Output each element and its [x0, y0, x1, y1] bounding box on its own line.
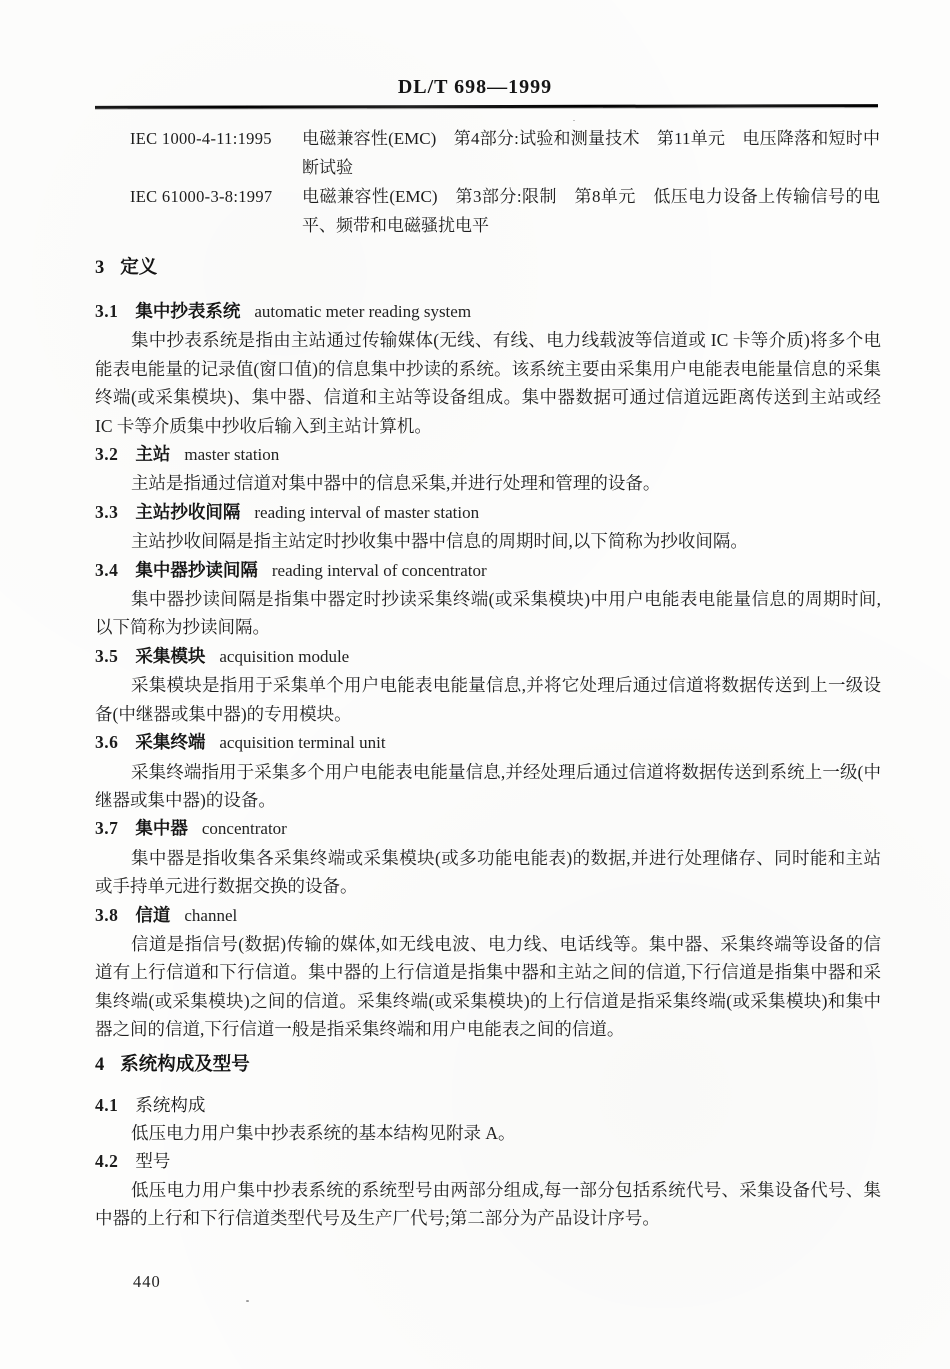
term-label: 集中抄表系统 [135, 301, 240, 321]
term-english: concentrator [202, 819, 287, 838]
term-english: acquisition module [219, 647, 349, 666]
section-number: 4 [95, 1055, 104, 1075]
document-body: 3定义 3.1集中抄表系统automatic meter reading sys… [95, 244, 881, 1233]
clause-paragraph: 主站抄收间隔是指主站定时抄收集中器中信息的周期时间,以下简称为抄收间隔。 [95, 527, 881, 555]
clause-number: 3.2 [95, 444, 118, 464]
reference-text: 电磁兼容性(EMC) 第4部分:试验和测量技术 第11单元 电压降落和短时中断试… [302, 124, 880, 182]
clause-paragraph: 采集模块是指用于采集单个用户电能表电能量信息,并将它处理后通过信道将数据传送到上… [95, 671, 881, 728]
clause-number: 3.3 [95, 502, 118, 522]
clause-number: 3.5 [95, 646, 118, 666]
clause-3-1: 3.1集中抄表系统automatic meter reading system … [95, 297, 881, 440]
term-label: 采集模块 [135, 646, 205, 666]
term-english: automatic meter reading system [254, 302, 471, 321]
clause-3-6: 3.6采集终端acquisition terminal unit 采集终端指用于… [95, 728, 881, 814]
section-title: 定义 [120, 258, 157, 278]
clause-paragraph: 信道是指信号(数据)传输的媒体,如无线电波、电力线、电话线等。集中器、采集终端等… [95, 930, 881, 1044]
term-english: channel [184, 906, 237, 925]
reference-item: IEC 1000-4-11:1995 电磁兼容性(EMC) 第4部分:试验和测量… [130, 124, 880, 182]
scan-speckle [573, 120, 575, 121]
clause-paragraph: 低压电力用户集中抄表系统的基本结构见附录 A。 [95, 1119, 881, 1147]
term-label: 主站 [135, 444, 170, 464]
clause-paragraph: 主站是指通过信道对集中器中的信息采集,并进行处理和管理的设备。 [95, 469, 881, 497]
term-heading: 3.6采集终端acquisition terminal unit [95, 728, 881, 757]
clause-3-4: 3.4集中器抄读间隔reading interval of concentrat… [95, 556, 881, 642]
scan-speckle [246, 1300, 249, 1302]
term-english: reading interval of concentrator [272, 561, 487, 580]
term-label: 信道 [135, 905, 170, 925]
term-heading: 3.1集中抄表系统automatic meter reading system [95, 297, 881, 326]
term-heading: 3.5采集模块acquisition module [95, 642, 881, 671]
term-label: 系统构成 [135, 1095, 205, 1115]
reference-text: 电磁兼容性(EMC) 第3部分:限制 第8单元 低压电力设备上传输信号的电平、频… [302, 182, 880, 240]
reference-code: IEC 61000-3-8:1997 [130, 182, 302, 211]
clause-number: 3.6 [95, 732, 118, 752]
page-number: 440 [133, 1272, 161, 1292]
clause-3-2: 3.2主站master station 主站是指通过信道对集中器中的信息采集,并… [95, 440, 881, 498]
term-heading: 3.8信道channel [95, 901, 881, 930]
clause-4-1: 4.1系统构成 低压电力用户集中抄表系统的基本结构见附录 A。 [95, 1091, 881, 1148]
clause-number: 4.1 [95, 1095, 118, 1115]
clause-4-2: 4.2型号 低压电力用户集中抄表系统的系统型号由两部分组成,每一部分包括系统代号… [95, 1147, 881, 1232]
term-english: acquisition terminal unit [219, 733, 385, 752]
clause-3-5: 3.5采集模块acquisition module 采集模块是指用于采集单个用户… [95, 642, 881, 728]
clause-number: 4.2 [95, 1151, 118, 1171]
term-label: 型号 [135, 1151, 170, 1171]
term-heading: 3.7集中器concentrator [95, 814, 881, 843]
scan-speckle [861, 997, 863, 999]
clause-number: 3.8 [95, 905, 118, 925]
standard-number-header: DL/T 698—1999 [0, 76, 950, 99]
document-page: DL/T 698—1999 IEC 1000-4-11:1995 电磁兼容性(E… [0, 0, 950, 1369]
clause-paragraph: 低压电力用户集中抄表系统的系统型号由两部分组成,每一部分包括系统代号、采集设备代… [95, 1176, 881, 1233]
term-heading: 3.4集中器抄读间隔reading interval of concentrat… [95, 556, 881, 585]
section-title: 系统构成及型号 [120, 1055, 250, 1075]
term-heading: 4.1系统构成 [95, 1091, 881, 1119]
clause-paragraph: 集中抄表系统是指由主站通过传输媒体(无线、有线、电力线载波等信道或 IC 卡等介… [95, 326, 881, 440]
clause-paragraph: 集中器抄读间隔是指集中器定时抄读采集终端(或采集模块)中用户电能表电能量信息的周… [95, 585, 881, 642]
term-heading: 3.2主站master station [95, 440, 881, 469]
term-label: 集中器 [135, 818, 188, 838]
term-english: reading interval of master station [254, 503, 479, 522]
header-rule [95, 104, 878, 109]
clause-paragraph: 采集终端指用于采集多个用户电能表电能量信息,并经处理后通过信道将数据传送到系统上… [95, 758, 881, 815]
term-heading: 4.2型号 [95, 1147, 881, 1175]
reference-item: IEC 61000-3-8:1997 电磁兼容性(EMC) 第3部分:限制 第8… [130, 182, 880, 240]
section-3-heading: 3定义 [95, 254, 881, 282]
reference-code: IEC 1000-4-11:1995 [130, 124, 302, 153]
references-list: IEC 1000-4-11:1995 电磁兼容性(EMC) 第4部分:试验和测量… [130, 124, 880, 240]
term-heading: 3.3主站抄收间隔reading interval of master stat… [95, 498, 881, 527]
clause-3-7: 3.7集中器concentrator 集中器是指收集各采集终端或采集模块(或多功… [95, 814, 881, 900]
clause-3-8: 3.8信道channel 信道是指信号(数据)传输的媒体,如无线电波、电力线、电… [95, 901, 881, 1044]
term-label: 主站抄收间隔 [135, 502, 240, 522]
clause-number: 3.7 [95, 818, 118, 838]
section-number: 3 [95, 258, 104, 278]
clause-paragraph: 集中器是指收集各采集终端或采集模块(或多功能电能表)的数据,并进行处理储存、同时… [95, 844, 881, 901]
term-label: 采集终端 [135, 732, 205, 752]
term-english: master station [184, 445, 279, 464]
clause-3-3: 3.3主站抄收间隔reading interval of master stat… [95, 498, 881, 556]
section-4-heading: 4系统构成及型号 [95, 1051, 881, 1079]
term-label: 集中器抄读间隔 [135, 560, 258, 580]
clause-number: 3.1 [95, 301, 118, 321]
clause-number: 3.4 [95, 560, 118, 580]
